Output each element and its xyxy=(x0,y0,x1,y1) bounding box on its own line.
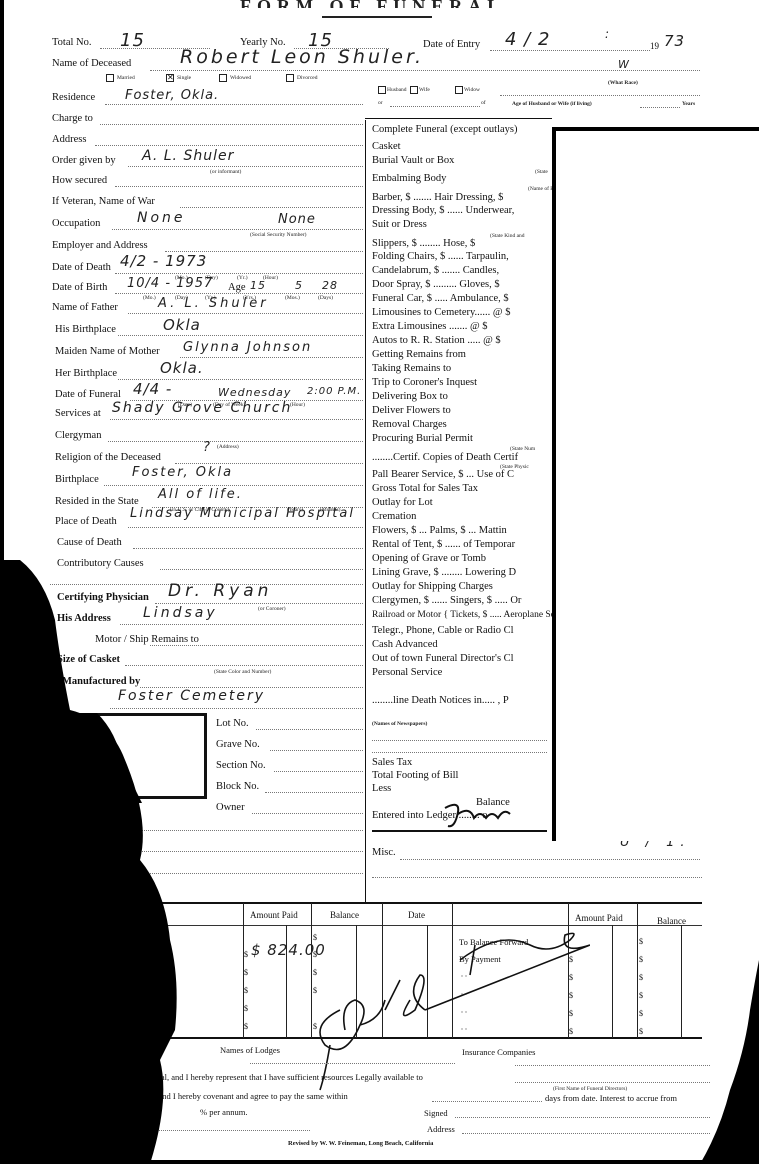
dob-line xyxy=(115,293,363,294)
mother-label: Maiden Name of Mother xyxy=(55,346,160,357)
date-of-death-label: Date of Death xyxy=(52,262,111,273)
insurance-companies-label: Insurance Companies xyxy=(462,1047,535,1057)
father-line xyxy=(128,313,363,314)
left-amount-cell[interactable]: $ xyxy=(244,950,248,959)
title-underline xyxy=(322,16,432,18)
clergyman-address-caption: (Address) xyxy=(217,444,239,450)
newspapers-line-2 xyxy=(372,752,547,753)
charge-item[interactable]: Clergymen, $ ...... Singers, $ ..... Or xyxy=(372,595,521,606)
charge-item[interactable]: Delivering Box to xyxy=(372,391,448,402)
sales-tax-label: Sales Tax xyxy=(372,757,412,768)
col-divider xyxy=(681,925,682,1038)
charge-item[interactable]: Procuring Burial Permit xyxy=(372,433,473,444)
her-birthplace-label: Her Birthplace xyxy=(55,368,117,379)
age-years-value[interactable]: 15 xyxy=(250,279,266,292)
married-checkbox[interactable] xyxy=(106,74,114,82)
form-title: FORM OF FUNERAL xyxy=(240,0,505,8)
charge-item[interactable]: Casket xyxy=(372,141,401,152)
birthplace-line xyxy=(104,485,363,486)
charge-item[interactable]: Outlay for Lot xyxy=(372,497,433,508)
residence-value[interactable]: Foster, Okla. xyxy=(125,88,219,103)
her-birthplace-value[interactable]: Okla. xyxy=(160,359,204,377)
charge-item[interactable]: Opening of Grave or Tomb xyxy=(372,553,486,564)
date-of-entry-line xyxy=(490,50,650,51)
father-label: Name of Father xyxy=(52,302,118,313)
charge-item[interactable]: Funeral Car, $ ..... Ambulance, $ xyxy=(372,293,509,304)
charge-item[interactable]: Extra Limousines ....... @ $ xyxy=(372,321,488,332)
place-of-death-line xyxy=(128,527,363,528)
total-no-value[interactable]: 15 xyxy=(120,30,145,51)
signed-label: Signed xyxy=(424,1108,448,1118)
charge-item[interactable]: Autos to R. R. Station ..... @ $ xyxy=(372,335,501,346)
charge-item[interactable]: Barber, $ ....... Hair Dressing, $ xyxy=(372,192,503,203)
race-value[interactable]: W xyxy=(618,58,630,71)
husband-label: Husband xyxy=(387,87,407,93)
right-balance-cell[interactable]: $ xyxy=(639,1009,643,1018)
age-label: Age xyxy=(228,282,246,293)
year-value[interactable]: 73 xyxy=(664,32,685,50)
total-no-label: Total No. xyxy=(52,37,92,48)
order-given-by-label: Order given by xyxy=(52,155,116,166)
his-birthplace-label: His Birthplace xyxy=(55,324,116,335)
date-of-funeral-value[interactable]: 4/4 - xyxy=(133,380,172,398)
spouse-age-label: Age of Husband or Wife (if living) xyxy=(512,101,592,107)
days-field[interactable] xyxy=(432,1101,542,1102)
married-label: Married xyxy=(117,75,135,81)
services-line xyxy=(110,419,363,420)
signed-field[interactable] xyxy=(455,1117,710,1118)
left-amount-paid-header: Amount Paid xyxy=(250,910,298,920)
charge-item[interactable]: Deliver Flowers to xyxy=(372,405,451,416)
date-of-entry-value[interactable]: 4 / 2 xyxy=(505,29,550,50)
owner-label: Owner xyxy=(216,802,245,813)
misc-field[interactable] xyxy=(400,859,700,860)
charge-item[interactable]: Folding Chairs, $ ...... Tarpaulin, xyxy=(372,251,509,262)
charge-item[interactable]: Lining Grave, $ ........ Lowering D xyxy=(372,567,516,578)
first-name-caption: (First Name of Funeral Directors) xyxy=(553,1086,627,1092)
charge-item[interactable]: Rental of Tent, $ ...... of Temporar xyxy=(372,539,515,550)
charge-item[interactable]: Cremation xyxy=(372,511,416,522)
per-annum-text: % per annum. xyxy=(200,1107,247,1117)
residence-label: Residence xyxy=(52,92,95,103)
charge-item[interactable]: Gross Total for Sales Tax xyxy=(372,483,478,494)
dod-line xyxy=(115,273,363,274)
veteran-field[interactable] xyxy=(180,207,363,208)
right-balance-cell[interactable]: $ xyxy=(639,1027,643,1036)
address-footer-label: Address xyxy=(427,1124,455,1134)
father-value[interactable]: A. L. Shuler xyxy=(158,296,269,311)
resided-value[interactable]: All of life. xyxy=(158,487,243,502)
section-no-field[interactable] xyxy=(274,771,363,772)
charge-caption: (State Kind and xyxy=(490,233,525,239)
widow-label: Widow xyxy=(464,87,480,93)
funeral-day-of-week[interactable]: Wednesday xyxy=(218,386,291,399)
birthplace-label: Birthplace xyxy=(55,474,99,485)
order-line xyxy=(128,166,363,167)
names-of-lodges-label: Names of Lodges xyxy=(220,1045,280,1055)
widowed-checkbox[interactable] xyxy=(219,74,227,82)
date-of-death-value[interactable]: 4/2 - 1973 xyxy=(120,252,207,270)
divorced-checkbox[interactable] xyxy=(286,74,294,82)
cause-of-death-label: Cause of Death xyxy=(57,537,122,548)
dod-caption-yr: (Yr.) xyxy=(237,275,248,281)
lodges-field[interactable] xyxy=(250,1063,455,1064)
of-label: of xyxy=(481,100,486,106)
physician-line xyxy=(155,603,363,604)
charge-item[interactable]: Door Spray, $ ......... Gloves, $ xyxy=(372,279,500,290)
race-caption: (What Race) xyxy=(608,80,638,86)
ssn-caption: (Social Security Number) xyxy=(250,232,307,238)
occupation-line xyxy=(112,229,363,230)
employer-label: Employer and Address xyxy=(52,240,148,251)
charge-item[interactable]: Outlay for Shipping Charges xyxy=(372,581,493,592)
cause-of-death-field[interactable] xyxy=(133,548,363,549)
resided-label: Resided in the State xyxy=(55,496,139,507)
payment-top-rule xyxy=(150,902,702,904)
address-footer-field[interactable] xyxy=(462,1133,710,1134)
charge-item[interactable]: Burial Vault or Box xyxy=(372,155,454,166)
left-amount-cell[interactable]: $ xyxy=(244,986,248,995)
charge-item[interactable]: Suit or Dress xyxy=(372,219,427,230)
charge-item[interactable]: Slippers, $ ........ Hose, $ xyxy=(372,238,475,249)
scan-edge-bottom xyxy=(0,1160,759,1164)
informant-caption: (or informant) xyxy=(210,169,241,175)
years-label: Years xyxy=(682,101,695,107)
dob-caption-days: (Days) xyxy=(318,295,333,301)
right-balance-cell[interactable]: $ xyxy=(639,937,643,946)
date-of-entry-label: Date of Entry xyxy=(423,39,480,50)
services-at-label: Services at xyxy=(55,408,101,419)
newspapers-line-1 xyxy=(372,740,547,741)
ledger-initials-signature xyxy=(440,800,520,832)
lot-no-label: Lot No. xyxy=(216,718,249,729)
date-of-funeral-label: Date of Funeral xyxy=(55,389,121,400)
religion-value[interactable]: ? xyxy=(203,440,211,455)
charge-item[interactable]: Trip to Coroner's Inquest xyxy=(372,377,477,388)
wife-checkbox[interactable] xyxy=(410,86,418,94)
residence-line xyxy=(105,104,363,105)
left-amount-cell[interactable]: $ xyxy=(244,968,248,977)
charge-to-label: Charge to xyxy=(52,113,93,124)
name-of-deceased-label: Name of Deceased xyxy=(52,58,131,69)
spouse-age-line xyxy=(640,107,680,108)
place-of-death-label: Place of Death xyxy=(55,516,117,527)
birthplace-value[interactable]: Foster, Okla xyxy=(132,465,233,480)
charge-item[interactable]: Limousines to Cemetery...... @ $ xyxy=(372,307,510,318)
newspapers-caption: (Names of Newspapers) xyxy=(372,721,427,727)
charge-item[interactable]: Out of town Funeral Director's Cl xyxy=(372,653,514,664)
scan-shadow-right xyxy=(700,960,759,1164)
age-months-value[interactable]: 5 xyxy=(295,279,303,292)
represent-text: neral, and I hereby represent that I hav… xyxy=(150,1072,423,1082)
scan-shadow-left xyxy=(0,560,180,1164)
coroner-caption: (or Coroner) xyxy=(258,606,286,612)
right-balance-header: Balance xyxy=(657,916,686,926)
religion-line xyxy=(175,463,363,464)
owner-field[interactable] xyxy=(252,813,363,814)
how-secured-label: How secured xyxy=(52,175,107,186)
place-of-death-value[interactable]: Lindsay Municipal Hospital xyxy=(130,506,355,521)
or-line xyxy=(390,106,480,107)
address-label: Address xyxy=(52,134,86,145)
charge-item[interactable]: Taking Remains to xyxy=(372,363,451,374)
charge-item[interactable]: Getting Remains from xyxy=(372,349,466,360)
charges-top-rule xyxy=(365,118,552,119)
how-secured-field[interactable] xyxy=(115,186,363,187)
grave-no-label: Grave No. xyxy=(216,739,260,750)
col-divider xyxy=(637,903,638,1038)
remains-to-field[interactable] xyxy=(150,645,363,646)
misc-label: Misc. xyxy=(372,847,396,858)
occupation-label: Occupation xyxy=(52,218,100,229)
charge-item[interactable]: Flowers, $ ... Palms, $ ... Mattin xyxy=(372,525,507,536)
contributory-causes-field[interactable] xyxy=(160,569,363,570)
grave-no-field[interactable] xyxy=(270,750,363,751)
charge-item[interactable]: Embalming Body xyxy=(372,173,446,184)
ssn-value[interactable]: None xyxy=(278,212,316,227)
left-amount-cell[interactable]: $ xyxy=(244,1022,248,1031)
spouse-line xyxy=(500,95,700,96)
or-label: or xyxy=(378,100,383,106)
left-amount-cell[interactable]: $ xyxy=(244,1004,248,1013)
charge-caption: (State xyxy=(535,169,548,175)
charge-item[interactable]: Telegr., Phone, Cable or Radio Cl xyxy=(372,625,514,636)
widowed-label: Widowed xyxy=(230,75,251,81)
casket-caption: (State Color and Number) xyxy=(214,669,271,675)
total-footing-label: Total Footing of Bill xyxy=(372,770,458,781)
lot-no-field[interactable] xyxy=(256,729,363,730)
date-of-birth-value[interactable]: 10/4 - 1957 xyxy=(127,276,213,291)
address-field[interactable] xyxy=(95,145,363,146)
days-text: days from date. Interest to accrue from xyxy=(545,1093,677,1103)
charge-item[interactable]: Complete Funeral (except outlays) xyxy=(372,124,518,135)
dob-caption-mos: (Mos.) xyxy=(285,295,300,301)
year-prefix: 19 xyxy=(650,41,659,51)
represent-field[interactable] xyxy=(515,1082,710,1083)
divorced-label: Divorced xyxy=(297,75,317,81)
charge-item[interactable]: ........Certif. Copies of Death Certif xyxy=(372,452,518,463)
charge-item[interactable]: Pall Bearer Service, $ ... Use of C xyxy=(372,469,514,480)
charge-item[interactable]: Dressing Body, $ ...... Underwear, xyxy=(372,205,514,216)
religion-label: Religion of the Deceased xyxy=(55,452,161,463)
section-no-label: Section No. xyxy=(216,760,266,771)
charge-item[interactable]: Railroad or Motor { Tickets, $ ..... Aer… xyxy=(372,610,555,620)
veteran-label: If Veteran, Name of War xyxy=(52,196,155,207)
lot-diagram-shadow xyxy=(62,713,142,803)
certifying-physician-value[interactable]: Dr. Ryan xyxy=(168,581,272,601)
wife-label: Wife xyxy=(419,87,430,93)
husband-checkbox[interactable] xyxy=(378,86,386,94)
dob-caption-mo: (Mo.) xyxy=(143,295,156,301)
death-notices-label[interactable]: ........line Death Notices in..... , P xyxy=(372,695,509,706)
redaction-block xyxy=(552,127,759,841)
right-balance-cell[interactable]: $ xyxy=(639,973,643,982)
order-given-by-value[interactable]: A. L. Shuler xyxy=(142,148,234,164)
single-checkbox[interactable]: ✕ xyxy=(166,74,174,82)
clergyman-label: Clergyman xyxy=(55,430,101,441)
mother-value[interactable]: Glynna Johnson xyxy=(183,340,312,355)
charge-item[interactable]: Removal Charges xyxy=(372,419,447,430)
col-divider xyxy=(612,925,613,1038)
his-birthplace-value[interactable]: Okla xyxy=(163,316,201,334)
date-of-birth-label: Date of Birth xyxy=(52,282,107,293)
block-no-field[interactable] xyxy=(265,792,363,793)
widow-checkbox[interactable] xyxy=(455,86,463,94)
insurance-field[interactable] xyxy=(515,1065,710,1066)
charge-item[interactable]: Candelabrum, $ ....... Candles, xyxy=(372,265,499,276)
signature-scribble xyxy=(300,915,590,1095)
charge-item[interactable]: Cash Advanced xyxy=(372,639,438,650)
charge-item[interactable]: Personal Service xyxy=(372,667,442,678)
block-no-label: Block No. xyxy=(216,781,259,792)
occupation-value[interactable]: None xyxy=(137,210,186,226)
clergyman-field[interactable] xyxy=(108,441,363,442)
single-label: Single xyxy=(177,75,191,81)
services-at-value[interactable]: Shady Grove Church xyxy=(112,400,292,416)
charge-to-field[interactable] xyxy=(100,124,363,125)
right-balance-cell[interactable]: $ xyxy=(639,991,643,1000)
date-colon-mark: : xyxy=(605,27,610,41)
revised-by-text: Revised by W. W. Feineman, Long Beach, C… xyxy=(288,1140,433,1147)
right-balance-cell[interactable]: $ xyxy=(639,955,643,964)
misc-line-2 xyxy=(372,877,702,878)
age-days-value[interactable]: 28 xyxy=(322,279,338,292)
mother-line xyxy=(180,357,363,358)
less-label: Less xyxy=(372,783,391,794)
name-of-deceased-value[interactable]: Robert Leon Shuler. xyxy=(180,46,424,68)
funeral-hour[interactable]: 2:00 P.M. xyxy=(307,386,361,397)
his-birthplace-line xyxy=(118,335,363,336)
